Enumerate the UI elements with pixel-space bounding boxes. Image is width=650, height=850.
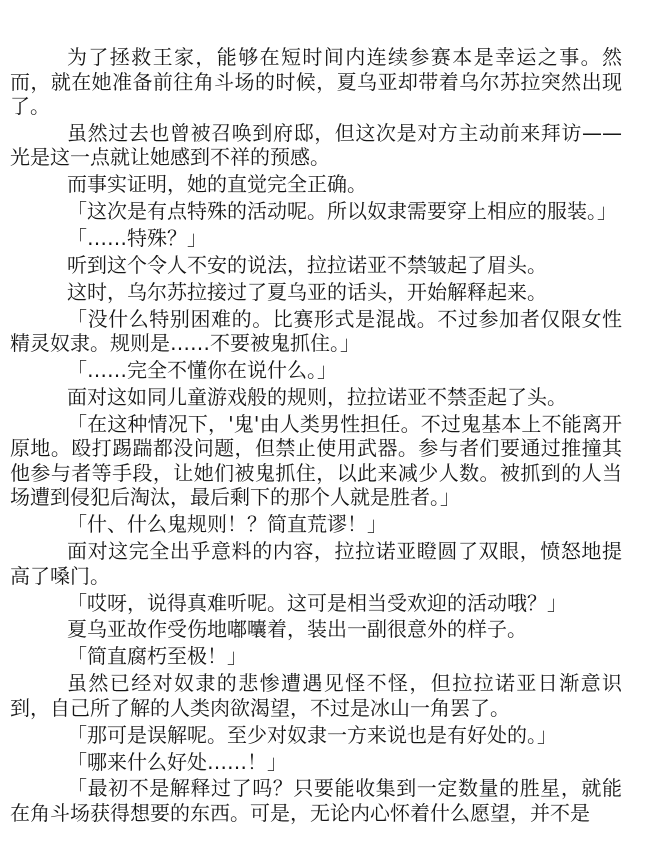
paragraph: 为了拯救王家，能够在短时间内连续参赛本是幸运之事。然而，就在她准备前往角斗场的时… <box>10 45 622 119</box>
paragraph: 虽然已经对奴隶的悲惨遭遇见怪不怪，但拉拉诺亚日渐意识到，自己所了解的人类肉欲渴望… <box>10 671 622 720</box>
novel-page: 为了拯救王家，能够在短时间内连续参赛本是幸运之事。然而，就在她准备前往角斗场的时… <box>0 0 650 850</box>
paragraph: 「最初不是解释过了吗？只要能收集到一定数量的胜星，就能在角斗场获得想要的东西。可… <box>10 776 622 825</box>
paragraph: 虽然过去也曾被召唤到府邸，但这次是对方主动前来拜访——光是这一点就让她感到不祥的… <box>10 121 622 170</box>
paragraph: 面对这完全出乎意料的内容，拉拉诺亚瞪圆了双眼，愤怒地提高了嗓门。 <box>10 539 622 588</box>
paragraph: 夏乌亚故作受伤地嘟囔着，装出一副很意外的样子。 <box>10 617 622 642</box>
paragraph: 「没什么特别困难的。比赛形式是混战。不过参加者仅限女性精灵奴隶。规则是……不要被… <box>10 307 622 356</box>
paragraph: 听到这个令人不安的说法，拉拉诺亚不禁皱起了眉头。 <box>10 253 622 278</box>
paragraph: 「……完全不懂你在说什么。」 <box>10 358 622 383</box>
paragraph: 「哎呀，说得真难听呢。这可是相当受欢迎的活动哦？」 <box>10 591 622 616</box>
paragraph: 「在这种情况下，'鬼'由人类男性担任。不过鬼基本上不能离开原地。殴打踢踹都没问题… <box>10 412 622 510</box>
paragraph: 「那可是误解呢。至少对奴隶一方来说也是有好处的。」 <box>10 723 622 748</box>
paragraph: 「哪来什么好处……！」 <box>10 750 622 775</box>
paragraph: 「简直腐朽至极！」 <box>10 644 622 669</box>
paragraph: 「……特殊？」 <box>10 226 622 251</box>
paragraph: 而事实证明，她的直觉完全正确。 <box>10 172 622 197</box>
paragraph: 这时，乌尔苏拉接过了夏乌亚的话头，开始解释起来。 <box>10 280 622 305</box>
paragraph: 「这次是有点特殊的活动呢。所以奴隶需要穿上相应的服装。」 <box>10 199 622 224</box>
novel-text-body: 为了拯救王家，能够在短时间内连续参赛本是幸运之事。然而，就在她准备前往角斗场的时… <box>10 45 622 825</box>
paragraph: 「什、什么鬼规则！？简直荒谬！」 <box>10 512 622 537</box>
paragraph: 面对这如同儿童游戏般的规则，拉拉诺亚不禁歪起了头。 <box>10 385 622 410</box>
